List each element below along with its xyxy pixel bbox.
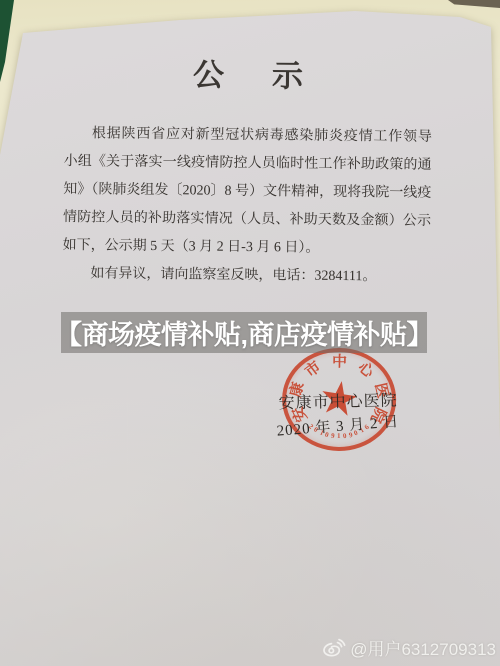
- hospital-name: 安康市中心医院: [268, 387, 409, 413]
- photo-of-public-notice: 公 示 根据陕西省应对新型冠状病毒感染肺炎疫情工作领导 小组《关于落实一线疫情防…: [0, 0, 500, 666]
- watermark-handle: @用户6312709313: [350, 635, 496, 660]
- title-char-1: 公: [193, 49, 225, 94]
- seal-ring-char: 中: [332, 350, 347, 371]
- watermark: @用户6312709313: [322, 635, 496, 660]
- body-line: 如下，公示期 5 天（3 月 2 日-3 月 6 日）。: [63, 232, 431, 264]
- body-line: 小组《关于落实一线疫情防控人员临时性工作补助政策的通: [63, 148, 431, 180]
- title-char-2: 示: [272, 50, 304, 95]
- body-line: 情防控人员的补助落实情况（人员、补助天数及金额）公示: [63, 204, 431, 236]
- weibo-icon: [322, 638, 346, 658]
- body-line: 根据陕西省应对新型冠状病毒感染肺炎疫情工作领导: [64, 120, 432, 152]
- notice-body: 根据陕西省应对新型冠状病毒感染肺炎疫情工作领导 小组《关于落实一线疫情防控人员临…: [62, 120, 432, 292]
- body-line: 如有异议，请向监察室反映，电话：3284111。: [62, 260, 430, 292]
- overlay-caption-banner: 【商场疫情补贴,商店疫情补贴】: [61, 312, 427, 353]
- overlay-caption-text: 【商场疫情补贴,商店疫情补贴】: [55, 313, 433, 352]
- body-line: 知》（陕肺炎组发〔2020〕8 号）文件精神，现将我院一线疫: [63, 176, 431, 208]
- notice-title: 公 示: [64, 48, 432, 97]
